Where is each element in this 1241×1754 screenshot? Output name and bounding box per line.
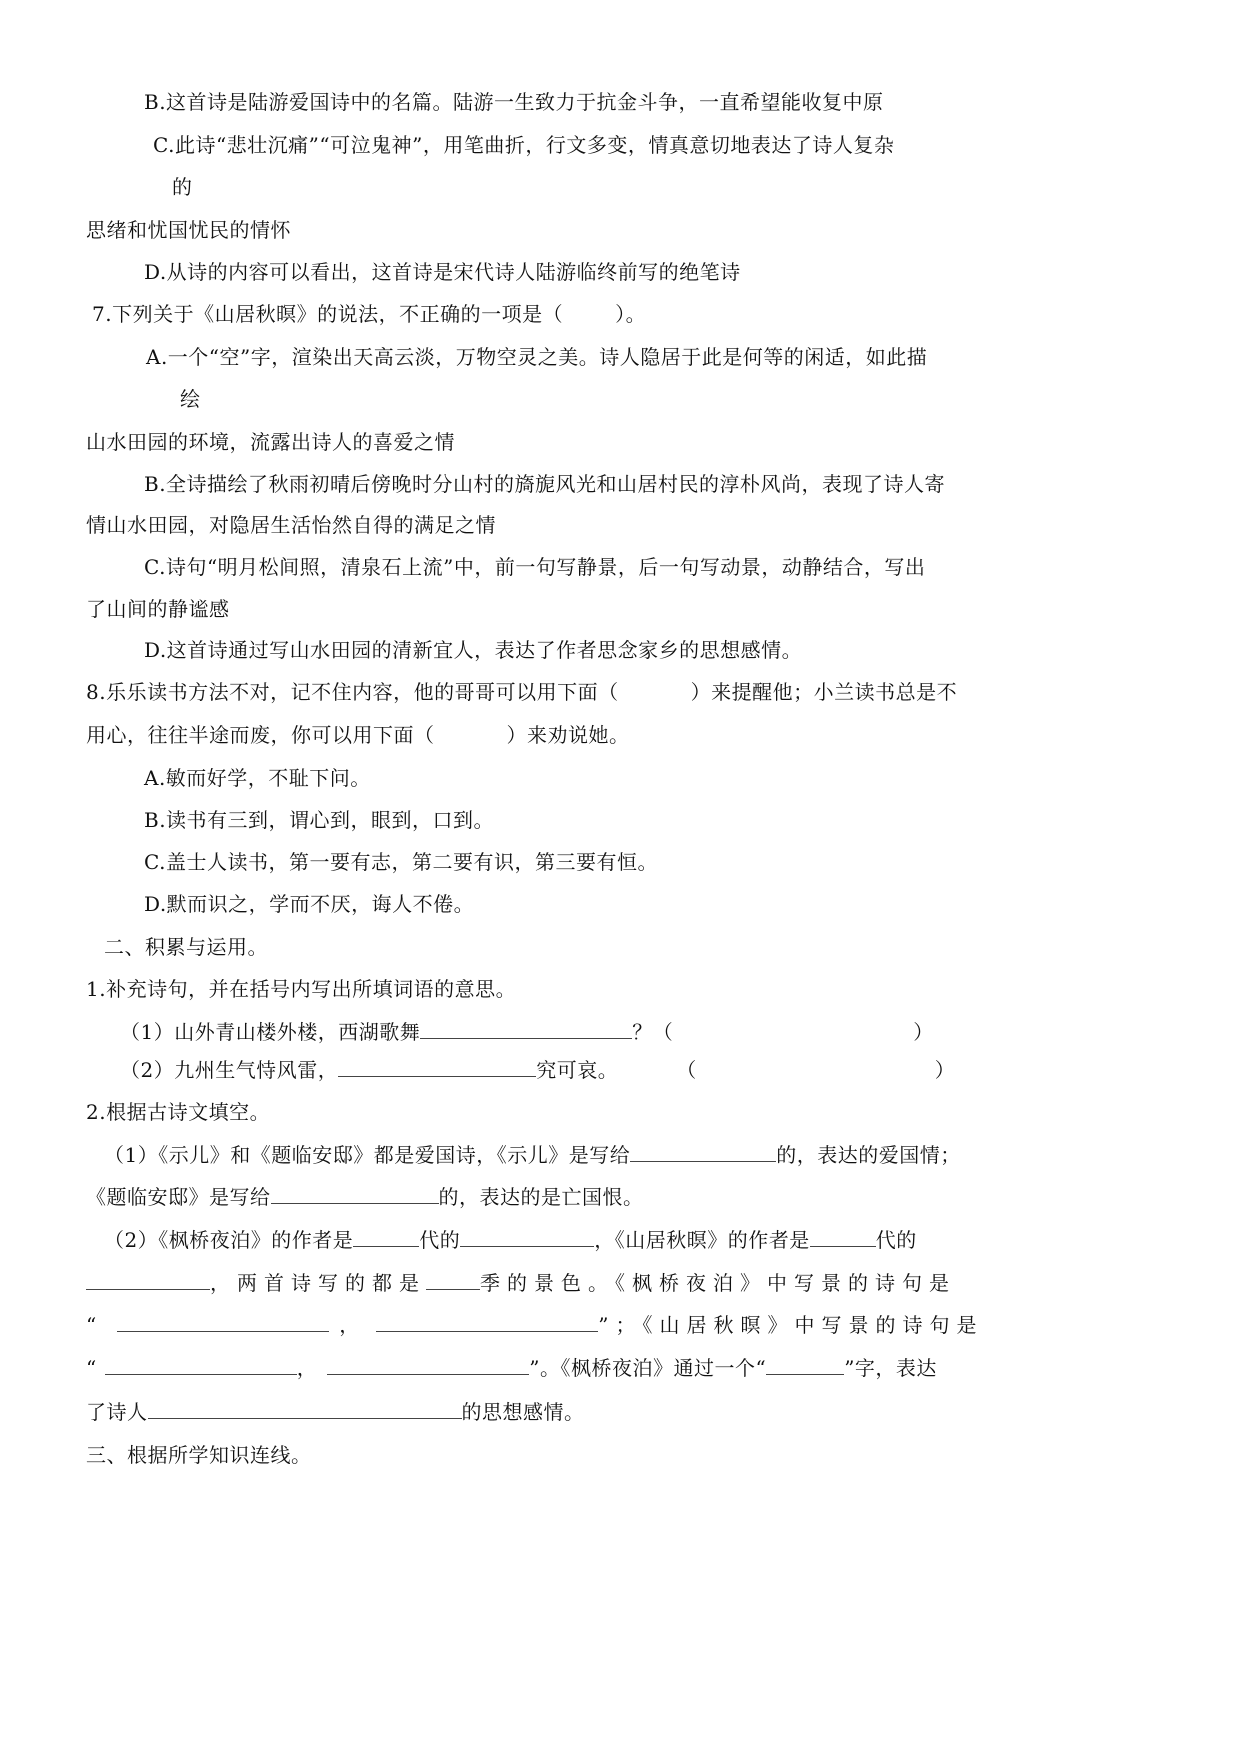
s2-q2-p1-text2: 的，表达的爱国情； [776, 1143, 961, 1167]
s2-q2-p2-comma1: ， [339, 1313, 366, 1337]
s2-q1-item2: （2）九州生气恃风雷，究可哀。（） [120, 1056, 955, 1084]
q7-option-d: D.这首诗通过写山水田园的清新宜人，表达了作者思念家乡的思想感情。 [144, 636, 802, 664]
q7-option-a-line2: 绘 [180, 385, 201, 413]
s2-q1-item2-end: 究可哀。 [536, 1058, 618, 1082]
s2-q1-item1-close: ） [913, 1020, 934, 1044]
s2-q2-p2-blank-feeling[interactable] [148, 1400, 462, 1419]
s2-q2-p2-line2: ，两首诗写的都是季的景色。《枫桥夜泊》中写景的诗句是 [86, 1269, 956, 1297]
s2-q1-stem: 1.补充诗句，并在括号内写出所填词语的意思。 [86, 975, 516, 1003]
s2-q2-p1-text3: 《题临安邸》是写给 [86, 1185, 271, 1209]
s2-q2-p2-blank-author2[interactable] [86, 1271, 210, 1290]
q8-option-a: A.敏而好学，不耻下问。 [144, 764, 371, 792]
q8-option-b: B.读书有三到，谓心到，眼到，口到。 [144, 806, 494, 834]
document-page: B.这首诗是陆游爱国诗中的名篇。陆游一生致力于抗金斗争，一直希望能收复中原 C.… [0, 0, 1241, 1754]
s2-q2-p2-line5: 了诗人的思想感情。 [86, 1398, 585, 1426]
s2-q2-p2-line4: “，”。《枫桥夜泊》通过一个“”字，表达 [86, 1354, 937, 1382]
q7-option-b-line2: 情山水田园，对隐居生活怡然自得的满足之情 [86, 511, 496, 539]
s2-q2-p2-text7: ”；《山居秋暝》中写景的诗句是 [598, 1313, 983, 1337]
s2-q1-item2-blank[interactable] [338, 1058, 536, 1077]
s2-q2-p2-line1: （2）《枫桥夜泊》的作者是代的，《山居秋暝》的作者是代的 [104, 1226, 917, 1254]
s2-q2-p1-text4: 的，表达的是亡国恨。 [439, 1185, 644, 1209]
s2-q2-p2-blank-season[interactable] [426, 1271, 480, 1290]
s2-q2-p2-blank-author1[interactable] [460, 1228, 594, 1247]
section-3-title: 三、根据所学知识连线。 [86, 1441, 312, 1469]
s2-q1-item1-text: （1）山外青山楼外楼，西湖歌舞 [120, 1020, 420, 1044]
s2-q2-p1-line1: （1）《示儿》和《题临安邸》都是爱国诗，《示儿》是写给的，表达的爱国情； [104, 1141, 961, 1169]
s2-q2-p2-text5: ，两首诗写的都是 [210, 1271, 426, 1295]
s2-q2-p1-blank2[interactable] [271, 1185, 439, 1204]
s2-q2-p2-text2: 代的 [419, 1228, 460, 1252]
s2-q2-p2-blank-dynasty1[interactable] [353, 1228, 419, 1247]
q6-option-c-line1: C.此诗“悲壮沉痛”“可泣鬼神”，用笔曲折，行文多变，情真意切地表达了诗人复杂 [153, 131, 894, 159]
s2-q2-p2-open-quote2: “ [86, 1356, 97, 1380]
q8-stem-line1: 8.乐乐读书方法不对，记不住内容，他的哥哥可以用下面（）来提醒他；小兰读书总是不 [86, 678, 957, 706]
s2-q2-p2-text6: 季的景色。《枫桥夜泊》中写景的诗句是 [480, 1271, 956, 1295]
s2-q2-stem: 2.根据古诗文填空。 [86, 1098, 270, 1126]
s2-q1-item1-question: ？（ [632, 1020, 673, 1044]
s2-q2-p1-line2: 《题临安邸》是写给的，表达的是亡国恨。 [86, 1183, 644, 1211]
q8-stem-line2: 用心，往往半途而废，你可以用下面（）来劝说她。 [86, 721, 630, 749]
s2-q2-p2-open-quote1: “ [86, 1313, 103, 1337]
q8-stem-part2: ）来提醒他；小兰读书总是不 [691, 680, 958, 704]
q8-option-d: D.默而识之，学而不厌，诲人不倦。 [144, 890, 474, 918]
s2-q2-p1-blank1[interactable] [630, 1143, 776, 1162]
s2-q2-p1-text1: （1）《示儿》和《题临安邸》都是爱国诗，《示儿》是写给 [104, 1143, 630, 1167]
q7-option-c-line1: C.诗句“明月松间照，清泉石上流”中，前一句写静景，后一句写动景，动静结合，写出 [144, 553, 925, 581]
s2-q2-p2-text10: 了诗人 [86, 1400, 148, 1424]
s2-q1-item2-text: （2）九州生气恃风雷， [120, 1058, 338, 1082]
q8-stem-part4: ）来劝说她。 [507, 723, 630, 747]
s2-q2-p2-text9: ”字，表达 [844, 1356, 937, 1380]
s2-q2-p2-comma2: ， [297, 1356, 318, 1380]
s2-q1-item1-blank[interactable] [420, 1020, 632, 1039]
q6-option-b: B.这首诗是陆游爱国诗中的名篇。陆游一生致力于抗金斗争，一直希望能收复中原 [144, 88, 884, 116]
s2-q2-p2-text3: ，《山居秋暝》的作者是 [594, 1228, 810, 1252]
s2-q2-p2-text4: 代的 [876, 1228, 917, 1252]
q7-option-a-line3: 山水田园的环境，流露出诗人的喜爱之情 [86, 428, 455, 456]
q7-stem-end: ）。 [615, 302, 646, 326]
q7-option-a-line1: A.一个“空”字，渲染出天高云淡，万物空灵之美。诗人隐居于此是何等的闲适，如此描 [146, 343, 927, 371]
q7-stem-text: 7.下列关于《山居秋暝》的说法，不正确的一项是（ [92, 302, 563, 326]
q7-stem: 7.下列关于《山居秋暝》的说法，不正确的一项是（）。 [92, 300, 646, 328]
s2-q2-p2-blank-dynasty2[interactable] [810, 1228, 876, 1247]
s2-q1-item2-close: ） [935, 1058, 956, 1082]
q6-option-c-line3: 思绪和忧国忧民的情怀 [86, 216, 291, 244]
s2-q2-p2-line3: “，”；《山居秋暝》中写景的诗句是 [86, 1311, 983, 1339]
q7-option-c-line2: 了山间的静谧感 [86, 595, 230, 623]
s2-q2-p2-blank-scene2a[interactable] [105, 1356, 297, 1375]
q8-stem-part1: 8.乐乐读书方法不对，记不住内容，他的哥哥可以用下面（ [86, 680, 619, 704]
section-2-title: 二、积累与运用。 [104, 933, 268, 961]
q6-option-d: D.从诗的内容可以看出，这首诗是宋代诗人陆游临终前写的绝笔诗 [144, 258, 741, 286]
s2-q2-p2-blank-scene1b[interactable] [376, 1313, 598, 1332]
s2-q2-p2-text1: （2）《枫桥夜泊》的作者是 [104, 1228, 353, 1252]
s2-q2-p2-text11: 的思想感情。 [462, 1400, 585, 1424]
s2-q2-p2-blank-scene2b[interactable] [327, 1356, 529, 1375]
s2-q2-p2-text8: ”。《枫桥夜泊》通过一个“ [529, 1356, 766, 1380]
q8-option-c: C.盖士人读书，第一要有志，第二要有识，第三要有恒。 [144, 848, 658, 876]
s2-q1-item1: （1）山外青山楼外楼，西湖歌舞？（） [120, 1018, 934, 1046]
q6-option-c-line2: 的 [172, 173, 193, 201]
q8-stem-part3: 用心，往往半途而废，你可以用下面（ [86, 723, 435, 747]
q7-option-b-line1: B.全诗描绘了秋雨初晴后傍晚时分山村的旖旎风光和山居村民的淳朴风尚，表现了诗人寄 [144, 470, 945, 498]
s2-q2-p2-blank-keyword[interactable] [766, 1356, 844, 1375]
s2-q2-p2-blank-scene1a[interactable] [117, 1313, 329, 1332]
s2-q1-item2-open: （ [676, 1058, 697, 1082]
